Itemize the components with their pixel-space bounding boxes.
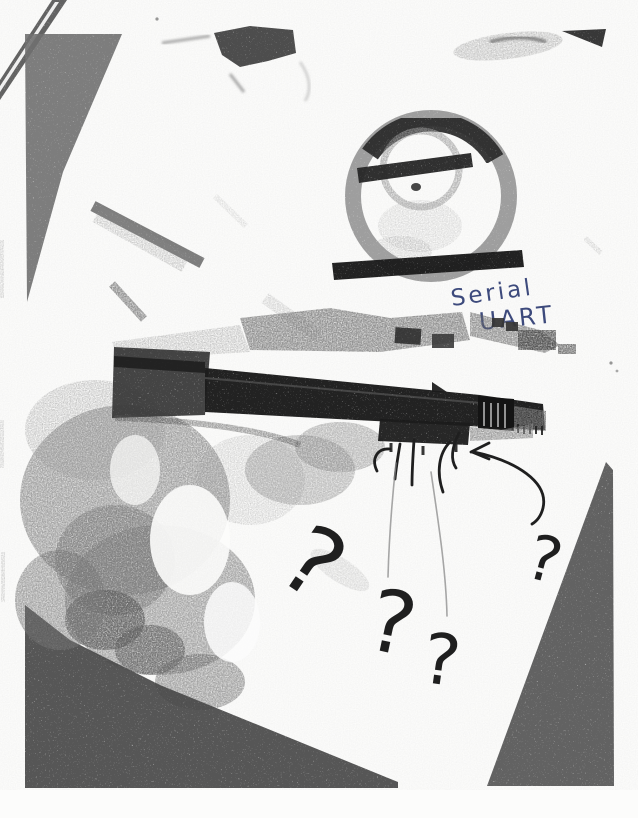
edge-mark [0, 240, 4, 298]
chip [432, 334, 454, 348]
edge-mark [0, 420, 4, 468]
scanned-page: Serial UART [0, 0, 638, 818]
white-gap [150, 485, 230, 595]
edge-mark [1, 552, 5, 602]
chip [394, 327, 421, 345]
chip [558, 344, 576, 354]
chip [506, 322, 518, 331]
chip [518, 330, 556, 350]
white-gap [204, 582, 260, 662]
white-gap [110, 435, 160, 505]
chip-dot [411, 183, 421, 191]
wedge-texture-merge [15, 550, 105, 650]
photocopy-canvas: Serial UART [0, 0, 638, 818]
finger-blob [295, 422, 385, 472]
speck [616, 370, 619, 373]
speck [609, 361, 612, 364]
speck [155, 17, 158, 20]
chip [492, 318, 504, 327]
